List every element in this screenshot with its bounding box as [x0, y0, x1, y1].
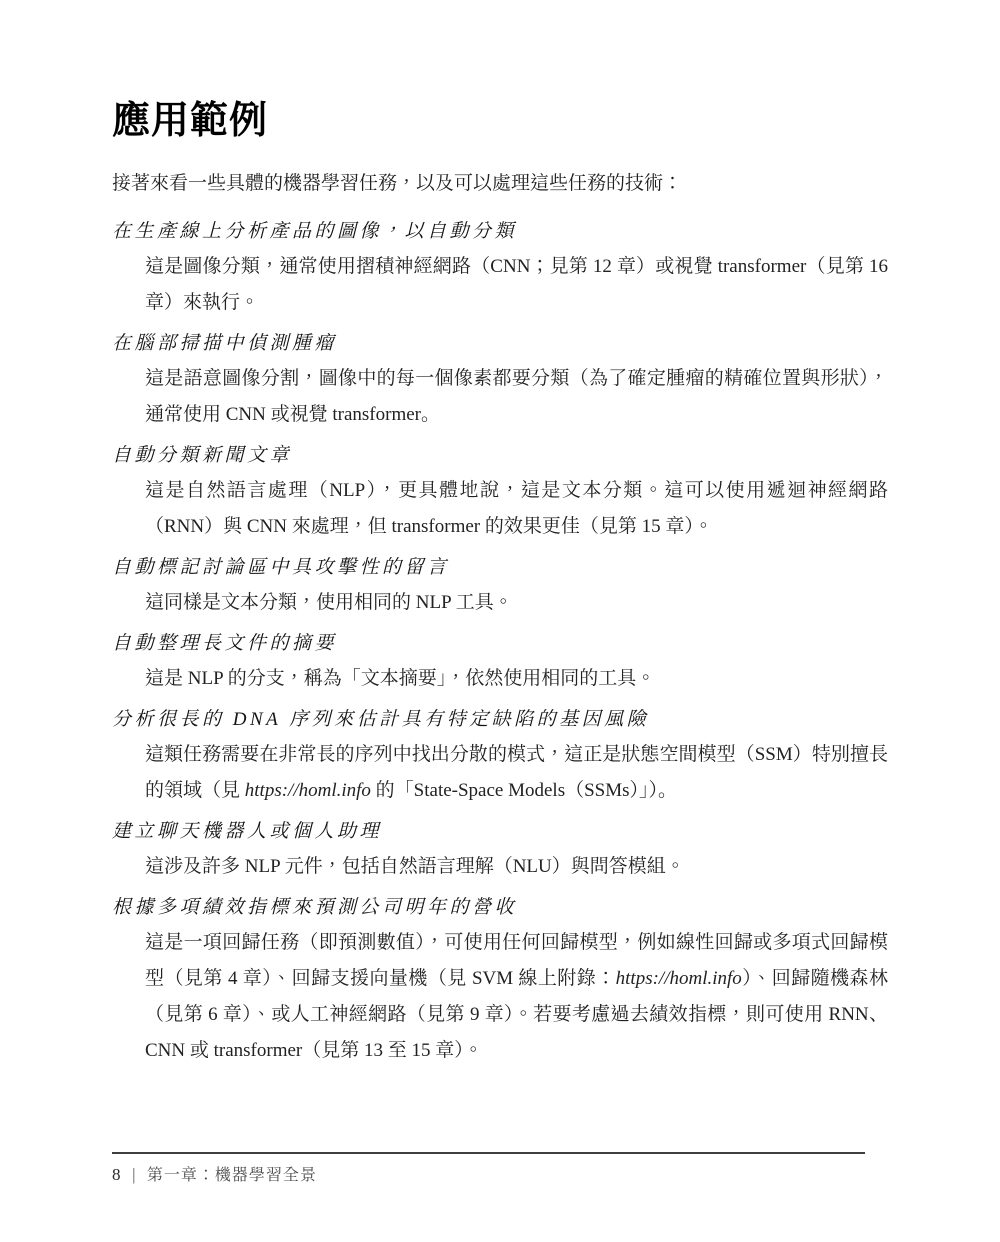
section-body: 這是圖像分類，通常使用摺積神經網路（CNN；見第 12 章）或視覺 transf… — [145, 249, 888, 321]
url-text: https://homl.info — [616, 968, 742, 989]
section-heading: 自動分類新聞文章 — [112, 439, 888, 473]
section-body: 這同樣是文本分類，使用相同的 NLP 工具。 — [145, 585, 888, 621]
section-heading: 分析很長的 DNA 序列來估計具有特定缺陷的基因風險 — [112, 703, 888, 737]
section-heading: 在腦部掃描中偵測腫瘤 — [112, 327, 888, 361]
section-body: 這是自然語言處理（NLP），更具體地說，這是文本分類。這可以使用遞迴神經網路（R… — [145, 473, 888, 545]
section-body: 這類任務需要在非常長的序列中找出分散的模式，這正是狀態空間模型（SSM）特別擅長… — [145, 737, 888, 809]
section-heading: 自動整理長文件的摘要 — [112, 627, 888, 661]
section-body: 這是一項回歸任務（即預測數值），可使用任何回歸模型，例如線性回歸或多項式回歸模型… — [145, 925, 888, 1069]
body-text: 這是自然語言處理（NLP），更具體地說，這是文本分類。這可以使用遞迴神經網路（R… — [145, 480, 888, 537]
section: 在腦部掃描中偵測腫瘤這是語意圖像分割，圖像中的每一個像素都要分類（為了確定腫瘤的… — [112, 327, 888, 433]
body-text: 這同樣是文本分類，使用相同的 NLP 工具。 — [145, 592, 513, 613]
footer-line: 8 | 第一章：機器學習全景 — [112, 1162, 865, 1185]
section: 建立聊天機器人或個人助理這涉及許多 NLP 元件，包括自然語言理解（NLU）與問… — [112, 815, 888, 885]
book-page: 應用範例 接著來看一些具體的機器學習任務，以及可以處理這些任務的技術： 在生產線… — [112, 0, 888, 1069]
page-footer: 8 | 第一章：機器學習全景 — [112, 1152, 865, 1185]
section-heading: 建立聊天機器人或個人助理 — [112, 815, 888, 849]
section: 根據多項績效指標來預測公司明年的營收這是一項回歸任務（即預測數值），可使用任何回… — [112, 891, 888, 1069]
section: 自動分類新聞文章這是自然語言處理（NLP），更具體地說，這是文本分類。這可以使用… — [112, 439, 888, 545]
url-text: https://homl.info — [245, 780, 371, 801]
page-number: 8 — [112, 1165, 121, 1185]
section: 自動整理長文件的摘要這是 NLP 的分支，稱為「文本摘要」，依然使用相同的工具。 — [112, 627, 888, 697]
body-text: 這是圖像分類，通常使用摺積神經網路（CNN；見第 12 章）或視覺 transf… — [145, 256, 888, 313]
sections: 在生產線上分析產品的圖像，以自動分類這是圖像分類，通常使用摺積神經網路（CNN；… — [112, 215, 888, 1069]
body-text: 這是 NLP 的分支，稱為「文本摘要」，依然使用相同的工具。 — [145, 668, 655, 689]
body-text: 的「State-Space Models（SSMs）」）。 — [371, 780, 677, 801]
intro-paragraph: 接著來看一些具體的機器學習任務，以及可以處理這些任務的技術： — [112, 169, 888, 199]
section-heading: 自動標記討論區中具攻擊性的留言 — [112, 551, 888, 585]
section-body: 這涉及許多 NLP 元件，包括自然語言理解（NLU）與問答模組。 — [145, 849, 888, 885]
section: 自動標記討論區中具攻擊性的留言這同樣是文本分類，使用相同的 NLP 工具。 — [112, 551, 888, 621]
body-text: 這是語意圖像分割，圖像中的每一個像素都要分類（為了確定腫瘤的精確位置與形狀），通… — [145, 368, 888, 425]
section-heading: 根據多項績效指標來預測公司明年的營收 — [112, 891, 888, 925]
section: 分析很長的 DNA 序列來估計具有特定缺陷的基因風險這類任務需要在非常長的序列中… — [112, 703, 888, 809]
section: 在生產線上分析產品的圖像，以自動分類這是圖像分類，通常使用摺積神經網路（CNN；… — [112, 215, 888, 321]
section-heading: 在生產線上分析產品的圖像，以自動分類 — [112, 215, 888, 249]
body-text: 這涉及許多 NLP 元件，包括自然語言理解（NLU）與問答模組。 — [145, 856, 685, 877]
section-body: 這是語意圖像分割，圖像中的每一個像素都要分類（為了確定腫瘤的精確位置與形狀），通… — [145, 361, 888, 433]
footer-separator: | — [132, 1165, 136, 1185]
page-title: 應用範例 — [112, 98, 888, 144]
chapter-title: 第一章：機器學習全景 — [147, 1162, 317, 1185]
section-body: 這是 NLP 的分支，稱為「文本摘要」，依然使用相同的工具。 — [145, 661, 888, 697]
